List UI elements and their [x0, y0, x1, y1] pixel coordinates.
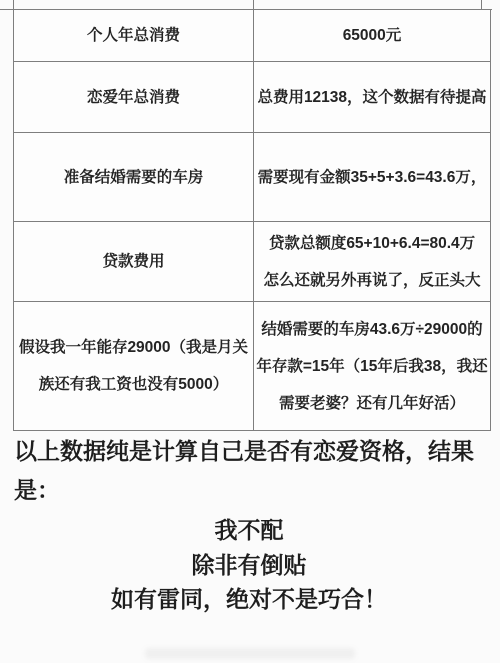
verdict-line: 我不配 [0, 513, 498, 548]
row-label: 假设我一年能存29000（我是月关 [19, 329, 248, 366]
table-divider-fragment [253, 0, 254, 10]
row-label: 贷款费用 [102, 243, 164, 280]
summary-intro-line: 是： [14, 471, 492, 510]
row-label: 恋爱年总消费 [87, 79, 180, 116]
table-row: 个人年总消费 65000元 [14, 10, 490, 62]
verdict-line: 如有雷同，绝对不是巧合！ [0, 582, 498, 617]
row-value: 年存款=15年（15年后我38，我还 [256, 348, 487, 385]
row-value-cell: 结婚需要的车房43.6万÷29000的 年存款=15年（15年后我38，我还 需… [254, 302, 490, 430]
row-label-cell: 恋爱年总消费 [14, 62, 254, 132]
row-label-cell: 假设我一年能存29000（我是月关 族还有我工资也没有5000） [14, 302, 254, 430]
row-value: 怎么还就另外再说了，反正头大 [263, 262, 480, 299]
finance-table: 个人年总消费 65000元 恋爱年总消费 总费用12138，这个数据有待提高 准… [13, 10, 491, 431]
summary-intro-line: 以上数据纯是计算自己是否有恋爱资格，结果 [14, 432, 492, 471]
row-value: 需要老婆？还有几年好活） [279, 385, 465, 422]
row-label: 个人年总消费 [87, 17, 180, 54]
table-right-border-fragment [481, 0, 482, 9]
table-left-border-fragment [13, 0, 14, 10]
row-label-cell: 贷款费用 [14, 222, 254, 301]
row-value-cell: 65000元 [254, 10, 490, 61]
page: 个人年总消费 65000元 恋爱年总消费 总费用12138，这个数据有待提高 准… [0, 0, 500, 663]
row-value-cell: 需要现有金额35+5+3.6=43.6万， [254, 133, 490, 221]
row-label-cell: 个人年总消费 [14, 10, 254, 61]
row-value-cell: 总费用12138，这个数据有待提高 [254, 62, 490, 132]
table-row: 贷款费用 贷款总额度65+10+6.4=80.4万 怎么还就另外再说了，反正头大 [14, 222, 490, 302]
row-value: 贷款总额度65+10+6.4=80.4万 [269, 225, 475, 262]
verdict-block: 我不配 除非有倒贴 如有雷同，绝对不是巧合！ [0, 513, 498, 617]
summary-intro: 以上数据纯是计算自己是否有恋爱资格，结果 是： [14, 432, 492, 510]
bottom-watermark [145, 648, 355, 659]
row-value: 需要现有金额35+5+3.6=43.6万， [258, 159, 487, 196]
row-value: 总费用12138，这个数据有待提高 [257, 79, 486, 116]
row-label-cell: 准备结婚需要的车房 [14, 133, 254, 221]
table-row: 恋爱年总消费 总费用12138，这个数据有待提高 [14, 62, 490, 133]
row-label: 准备结婚需要的车房 [64, 159, 204, 196]
row-value-cell: 贷款总额度65+10+6.4=80.4万 怎么还就另外再说了，反正头大 [254, 222, 490, 301]
row-value: 65000元 [343, 17, 402, 54]
row-label: 族还有我工资也没有5000） [39, 366, 228, 403]
table-row: 准备结婚需要的车房 需要现有金额35+5+3.6=43.6万， [14, 133, 490, 222]
verdict-line: 除非有倒贴 [0, 548, 498, 583]
row-value: 结婚需要的车房43.6万÷29000的 [261, 311, 482, 348]
table-row: 假设我一年能存29000（我是月关 族还有我工资也没有5000） 结婚需要的车房… [14, 302, 490, 430]
